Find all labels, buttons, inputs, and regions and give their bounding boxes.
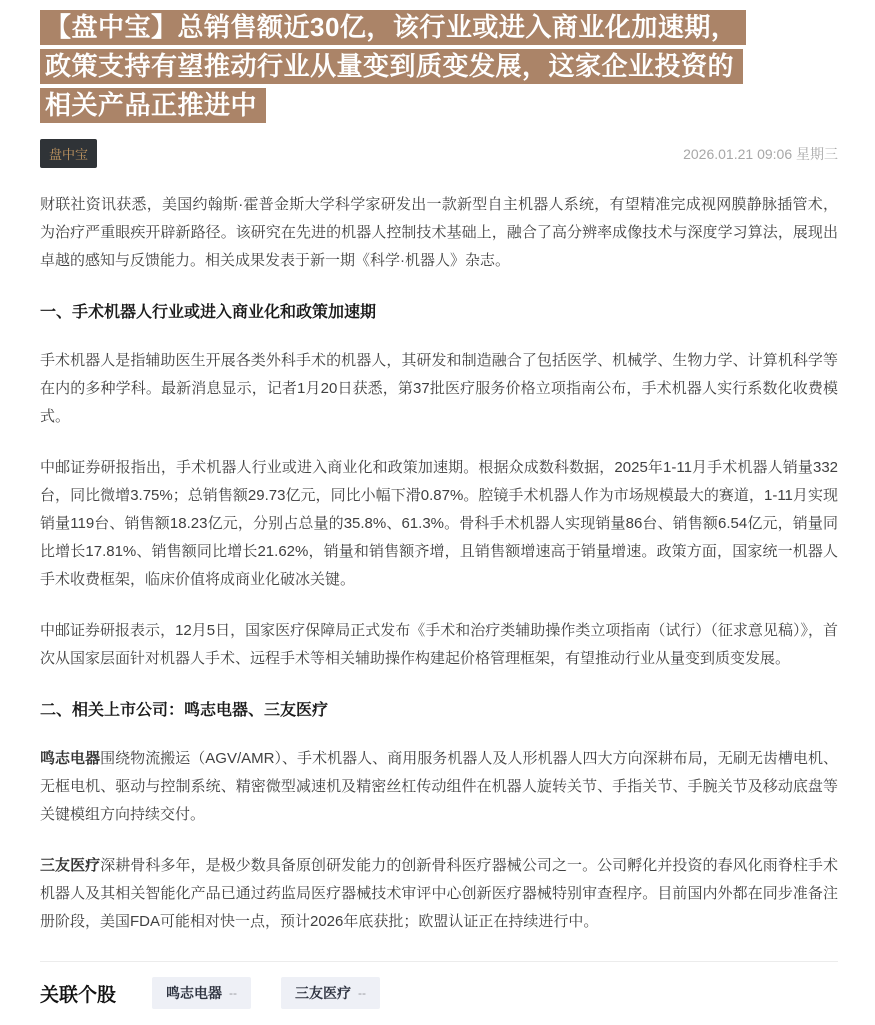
related-stocks-label: 关联个股: [40, 980, 116, 1007]
stock-name: 鸣志电器: [166, 983, 222, 1003]
company-moons-description: 围绕物流搬运（AGV/AMR）、手术机器人、商用服务机器人及人形机器人四大方向深…: [40, 750, 838, 823]
article-title-line-2: 政策支持有望推动行业从量变到质变发展，这家企业投资的: [40, 49, 743, 84]
source-tag[interactable]: 盘中宝: [40, 139, 97, 168]
article-title-line-3: 相关产品正推进中: [40, 88, 266, 123]
section-heading-2: 二、相关上市公司：鸣志电器、三友医疗: [40, 700, 838, 722]
publish-datetime: 2026.01.21 09:06 星期三: [683, 144, 838, 164]
paragraph-industry: 手术机器人是指辅助医生开展各类外科手术的机器人，其研发和制造融合了包括医学、机械…: [40, 347, 838, 431]
stock-name: 三友医疗: [295, 983, 351, 1003]
article-body: 财联社资讯获悉，美国约翰斯·霍普金斯大学科学家研发出一款新型自主机器人系统，有望…: [40, 191, 838, 936]
article-title-line-1: 【盘中宝】总销售额近30亿，该行业或进入商业化加速期，: [40, 10, 746, 45]
paragraph-company-moons: 鸣志电器围绕物流搬运（AGV/AMR）、手术机器人、商用服务机器人及人形机器人四…: [40, 745, 838, 829]
article-page: 【盘中宝】总销售额近30亿，该行业或进入商业化加速期， 政策支持有望推动行业从量…: [0, 0, 875, 1025]
article-title: 【盘中宝】总销售额近30亿，该行业或进入商业化加速期， 政策支持有望推动行业从量…: [40, 10, 838, 123]
paragraph-intro: 财联社资讯获悉，美国约翰斯·霍普金斯大学科学家研发出一款新型自主机器人系统，有望…: [40, 191, 838, 275]
company-name-sanyou: 三友医疗: [40, 857, 100, 874]
company-name-moons: 鸣志电器: [40, 750, 100, 767]
company-sanyou-description: 深耕骨科多年，是极少数具备原创研发能力的创新骨科医疗器械公司之一。公司孵化并投资…: [40, 857, 838, 930]
section-heading-1: 一、手术机器人行业或进入商业化和政策加速期: [40, 302, 838, 324]
related-stocks-bar: 关联个股 鸣志电器 -- 三友医疗 --: [40, 977, 838, 1019]
stock-change: --: [358, 986, 366, 1000]
footer-divider: [40, 961, 838, 962]
paragraph-company-sanyou: 三友医疗深耕骨科多年，是极少数具备原创研发能力的创新骨科医疗器械公司之一。公司孵…: [40, 852, 838, 936]
stock-chip-moons[interactable]: 鸣志电器 --: [152, 977, 251, 1009]
paragraph-research-data: 中邮证券研报指出，手术机器人行业或进入商业化和政策加速期。根据众成数科数据，20…: [40, 454, 838, 594]
article-meta: 盘中宝 2026.01.21 09:06 星期三: [40, 139, 838, 168]
stock-chip-sanyou[interactable]: 三友医疗 --: [281, 977, 380, 1009]
stock-change: --: [229, 986, 237, 1000]
paragraph-policy: 中邮证券研报表示，12月5日，国家医疗保障局正式发布《手术和治疗类辅助操作类立项…: [40, 617, 838, 673]
